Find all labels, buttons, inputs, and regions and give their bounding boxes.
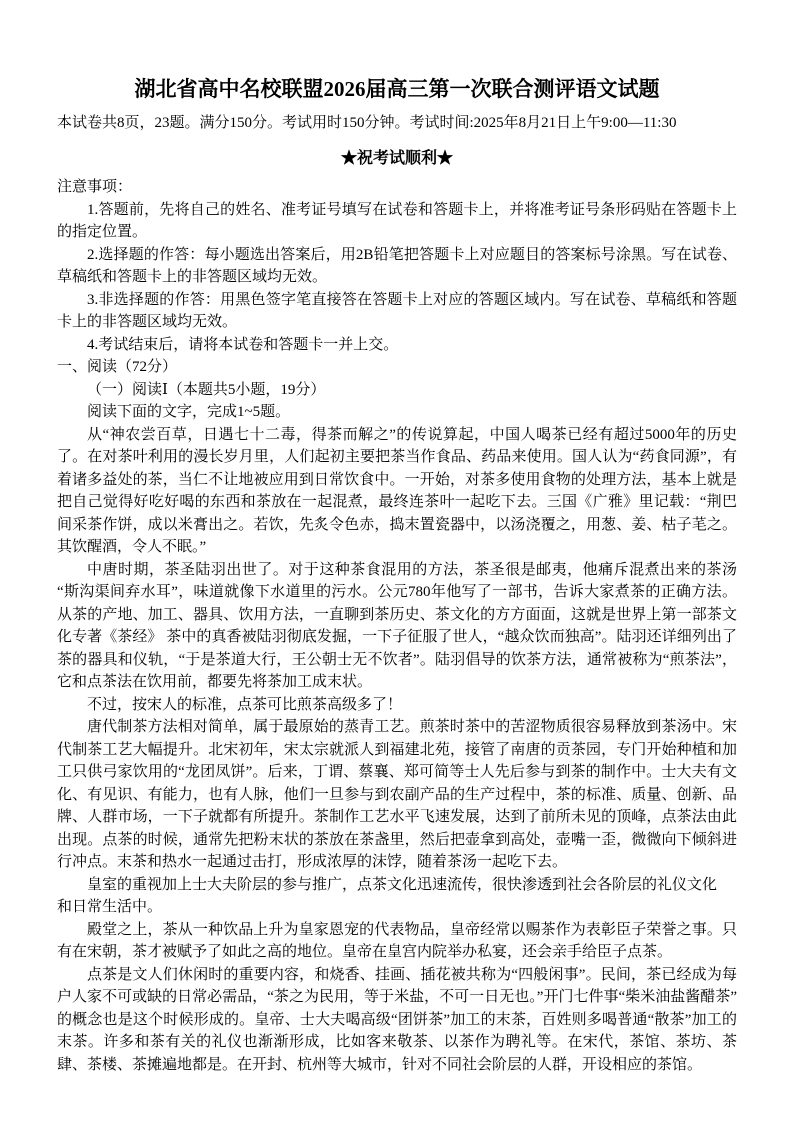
- notice-item: 3.非选择题的作答：用黑色签字笔直接答在答题卡上对应的答题区域内。写在试卷、草稿…: [57, 289, 737, 334]
- passage-paragraph: 殿堂之上，茶从一种饮品上升为皇家恩宠的代表物品，皇帝经常以赐茶作为表彰臣子荣誉之…: [57, 919, 737, 964]
- notice-item: 4.考试结束后，请将本试卷和答题卡一并上交。: [57, 334, 737, 357]
- notice-heading: 注意事项：: [57, 176, 737, 199]
- section-heading: 一、阅读（72分）: [57, 356, 737, 379]
- exam-wish-line: ★祝考试顺利★: [57, 148, 737, 171]
- passage-paragraph: 皇室的重视加上士大夫阶层的参与推广，点茶文化迅速流传，很快渗透到社会各阶层的礼仪…: [57, 874, 737, 919]
- passage-paragraph: 中唐时期，茶圣陆羽出世了。对于这种茶食混用的方法，茶圣很是邮夷，他痛斥混煮出来的…: [57, 559, 737, 694]
- reading-instruction: 阅读下面的文字，完成1~5题。: [57, 401, 737, 424]
- notice-item: 1.答题前，先将自己的姓名、准考证号填写在试卷和答题卡上，并将准考证号条形码贴在…: [57, 199, 737, 244]
- notice-list: 1.答题前，先将自己的姓名、准考证号填写在试卷和答题卡上，并将准考证号条形码贴在…: [57, 199, 737, 357]
- passage-paragraph: 唐代制茶方法相对简单，属于最原始的蒸青工艺。煎茶时茶中的苦涩物质很容易释放到茶汤…: [57, 716, 737, 874]
- notice-item: 2.选择题的作答：每小题选出答案后，用2B铅笔把答题卡上对应题目的答案标号涂黑。…: [57, 244, 737, 289]
- exam-info-line: 本试卷共8页，23题。满分150分。考试用时150分钟。考试时间:2025年8月…: [57, 112, 737, 135]
- subsection-heading: （一）阅读Ⅰ（本题共5小题，19分）: [57, 379, 737, 402]
- passage-paragraph: 点茶是文人们休闲时的重要内容，和烧香、挂画、插花被共称为“四般闲事”。民间，茶已…: [57, 964, 737, 1077]
- passage-paragraph: 从“神农尝百草，日遇七十二毒，得茶而解之”的传说算起，中国人喝茶已经有超过500…: [57, 424, 737, 559]
- reading-passage: 从“神农尝百草，日遇七十二毒，得茶而解之”的传说算起，中国人喝茶已经有超过500…: [57, 424, 737, 1077]
- page-title: 湖北省高中名校联盟2026届高三第一次联合测评语文试题: [57, 76, 737, 103]
- passage-paragraph: 不过，按宋人的标准，点茶可比煎茶高级多了！: [57, 694, 737, 717]
- exam-paper-page: 湖北省高中名校联盟2026届高三第一次联合测评语文试题 本试卷共8页，23题。满…: [0, 0, 793, 1121]
